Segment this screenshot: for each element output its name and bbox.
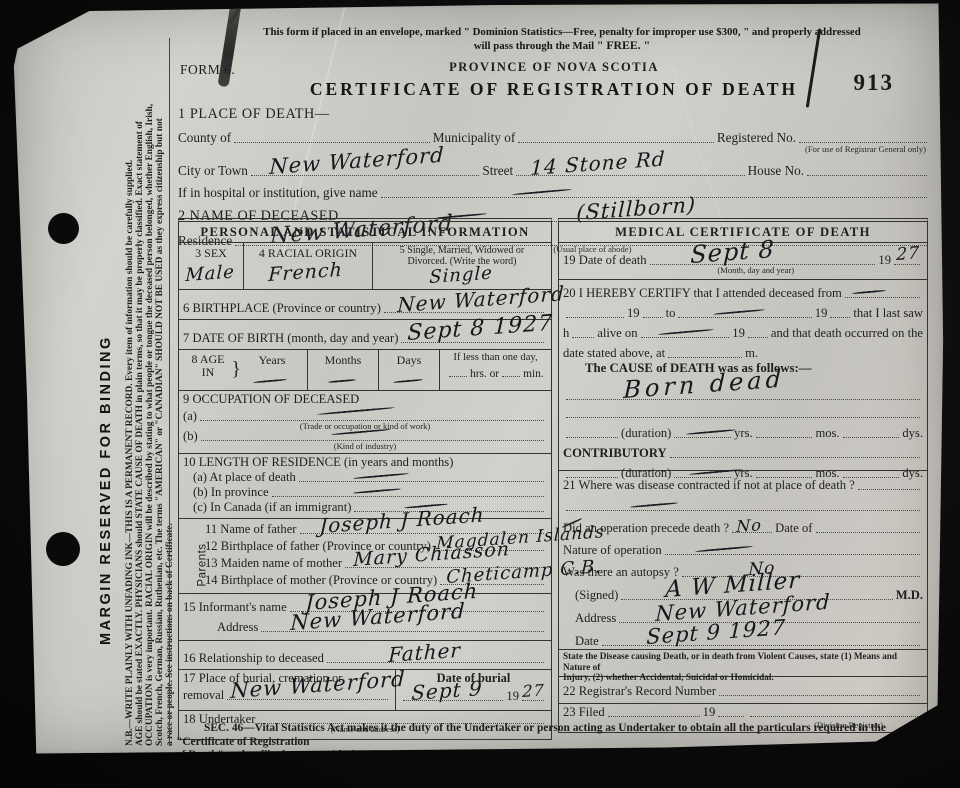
- margin-instruction-line: AGE should be stated EXACTLY. PHYSICIANS…: [135, 52, 145, 746]
- md-label: M.D.: [896, 588, 923, 603]
- operation-answer-line: No: [732, 522, 772, 533]
- hrs-label: hrs. or: [470, 368, 499, 380]
- operation-date-label: Date of: [775, 521, 812, 536]
- registration-number-stamp: 913: [854, 70, 895, 96]
- punch-hole: [46, 532, 80, 566]
- certificate-title: CERTIFICATE OF REGISTRATION OF DEATH: [172, 79, 936, 100]
- occupation-a-label: (a): [183, 409, 197, 424]
- handwritten-dash-mark: [331, 428, 391, 435]
- margin-instructions: N.B.—WRITE PLAINLY WITH UNFADING INK—THI…: [125, 52, 175, 746]
- length-of-residence-row: 10 LENGTH OF RESIDENCE (in years and mon…: [179, 454, 551, 519]
- handwritten-dash-mark: [713, 309, 765, 316]
- burial-year-print: 19: [506, 689, 519, 704]
- age-years-cell: Years: [237, 350, 308, 390]
- question-21-line2: [566, 500, 920, 511]
- binding-margin-label: MARGIN RESERVED FOR BINDING: [98, 335, 114, 645]
- last-saw-label: that I last saw: [853, 306, 923, 321]
- date-of-death-row: 19 Date of death Sept 8 (Month, day and …: [559, 243, 927, 280]
- autopsy-label: Was there an autopsy ?: [563, 565, 679, 580]
- mail-notice-line1: This form if placed in an envelope, mark…: [263, 26, 860, 38]
- street-label: Street: [482, 163, 513, 179]
- death-year-print: 19: [878, 253, 891, 268]
- certify-line2-a: [566, 307, 624, 318]
- margin-instruction-line: OCCUPATION is very important. RACIAL ORI…: [145, 52, 155, 746]
- duration-mos-line: [756, 427, 813, 438]
- certify-to-line: [678, 307, 811, 318]
- residence-b-label: (b) In province: [193, 485, 269, 500]
- mos-label: mos.: [815, 426, 839, 441]
- registered-no-line: [799, 132, 927, 143]
- age-label: 8 AGE IN: [179, 350, 237, 379]
- handwritten-relationship: Father: [388, 640, 461, 665]
- municipality-line: [518, 132, 714, 143]
- handwritten-dash-mark: [512, 188, 572, 195]
- handwritten-marital: Single: [429, 264, 493, 287]
- county-line: [234, 132, 430, 143]
- burial-date-line: Sept 9: [403, 690, 503, 701]
- burial-place-cell: 17 Place of burial, cremation or removal…: [179, 670, 396, 710]
- physician-date-line: Sept 9 1927: [602, 635, 920, 646]
- age-days-cell: Days: [379, 350, 440, 390]
- alive-on-label: alive on: [597, 326, 637, 341]
- duration-label: (duration): [621, 426, 671, 441]
- handwritten-dash-mark: [852, 290, 886, 295]
- age-less-label: If less than one day,: [440, 350, 551, 364]
- age-months-label: Months: [308, 350, 378, 368]
- contributory-label: CONTRIBUTORY: [563, 446, 667, 461]
- mail-notice-line2: will pass through the Mail: [474, 40, 594, 52]
- h-line: [572, 327, 594, 338]
- nature-of-operation-label: Nature of operation: [563, 543, 662, 558]
- certificate-columns: PERSONAL AND STATISTICAL INFORMATION 3 S…: [178, 218, 932, 740]
- county-row: County of Municipality of Registered No.: [178, 124, 930, 146]
- burial-row: 17 Place of burial, cremation or removal…: [179, 670, 551, 711]
- operation-date-line: [816, 522, 920, 533]
- date-of-birth-label: 7 DATE OF BIRTH (month, day and year): [183, 331, 398, 346]
- handwritten-dash-mark: [658, 329, 714, 336]
- physician-date-label: Date: [575, 634, 599, 649]
- alive-on-line: [641, 327, 730, 338]
- handwritten-date-of-death: Sept 8: [690, 237, 775, 267]
- mother-label: 13 Maiden name of mother: [205, 556, 342, 571]
- margin-instruction-line: Scotch, French, German, Russian, Rutheni…: [155, 52, 165, 746]
- year-19-print: 19: [732, 326, 745, 341]
- birthplace-line: New Waterford: [384, 302, 544, 313]
- over-note: (OVER): [814, 744, 856, 755]
- handwritten-dash-mark: [695, 545, 753, 552]
- residence-a-label: (a) At place of death: [193, 470, 296, 485]
- disease-operation-row: 21 Where was disease contracted if not a…: [559, 471, 927, 650]
- date-of-birth-row: 7 DATE OF BIRTH (month, day and year) Se…: [179, 320, 551, 350]
- informant-label: 15 Informant's name: [183, 600, 287, 615]
- age-hours-cell: If less than one day, hrs. or min.: [440, 350, 551, 390]
- relationship-label: 16 Relationship to deceased: [183, 651, 324, 666]
- sec46-line1: SEC. 46—Vital Statistics Act makes it th…: [176, 722, 932, 749]
- age-days-label: Days: [379, 350, 439, 368]
- occupation-a-line: [200, 410, 544, 421]
- min-line: [502, 366, 520, 377]
- filed-year-print: 19: [703, 705, 716, 720]
- personal-box-title: PERSONAL AND STATISTICAL INFORMATION: [179, 222, 551, 243]
- handwritten-sex: Male: [185, 263, 235, 285]
- place-of-death-heading: 1 PLACE OF DEATH—: [178, 106, 930, 123]
- filed-year-line: [718, 706, 744, 717]
- city-row: City or Town New Waterford Street 14 Sto…: [178, 155, 930, 179]
- disease-note-row: State the Disease causing Death, or in d…: [559, 650, 927, 677]
- mail-notice-free: " FREE. ": [597, 38, 650, 52]
- question-21-label: 21 Where was disease contracted if not a…: [563, 478, 855, 493]
- racial-origin-cell: 4 RACIAL ORIGIN French: [244, 243, 373, 289]
- hospital-row: If in hospital or institution, give name: [178, 179, 930, 201]
- filed-date-line: [608, 706, 700, 717]
- relationship-line: Father: [327, 652, 544, 663]
- age-row: 8 AGE IN } Years Months: [179, 350, 551, 391]
- year-19-print: 19: [627, 306, 640, 321]
- street-line: 14 Stone Rd: [516, 165, 744, 176]
- handwritten-dash-mark: [353, 488, 401, 494]
- house-no-label: House No.: [748, 163, 804, 179]
- m-suffix-label: m.: [745, 346, 758, 361]
- county-label: County of: [178, 130, 231, 146]
- length-of-residence-label: 10 LENGTH OF RESIDENCE (in years and mon…: [183, 455, 547, 470]
- certify-line2-b: [643, 307, 663, 318]
- disease-note-line1: State the Disease causing Death, or in d…: [563, 651, 923, 672]
- duration-yrs-line: [674, 427, 731, 438]
- handwritten-dash-mark: [630, 502, 678, 508]
- punch-hole: [48, 213, 79, 244]
- margin-instruction-line: N.B.—WRITE PLAINLY WITH UNFADING INK—THI…: [125, 52, 135, 746]
- handwritten-dash-mark: [253, 379, 287, 384]
- racial-origin-label: 4 RACIAL ORIGIN: [244, 243, 372, 261]
- death-year-line: 27: [894, 254, 920, 265]
- house-no-line: [807, 165, 927, 176]
- residence-a-line: [299, 471, 544, 482]
- burial-date-cell: Date of burial Sept 9 19 27: [396, 670, 551, 710]
- burial-year-line: 27: [522, 690, 544, 701]
- nature-of-operation-line: [665, 544, 920, 555]
- sex-label: 3 SEX: [179, 243, 243, 261]
- operation-label: Did an operation precede death ?: [563, 521, 729, 536]
- parents-row: Parents 11 Name of father Joseph J Roach…: [179, 519, 551, 594]
- handwritten-operation-answer: No: [736, 517, 762, 535]
- alive-year-line: [748, 327, 768, 338]
- registrar-record-row: 22 Registrar's Record Number: [559, 677, 927, 704]
- handwritten-dash-mark: [317, 407, 395, 416]
- burial-label-line2: removal: [183, 688, 224, 703]
- handwritten-dash-mark: [328, 379, 356, 383]
- handwritten-death-year: 27: [896, 245, 920, 264]
- handwritten-dash-mark: [353, 473, 409, 480]
- question-21-line: [858, 479, 920, 490]
- h-prefix-label: h: [563, 326, 569, 341]
- occupation-b-line: [201, 430, 544, 441]
- residence-b-line: [272, 486, 544, 497]
- age-cell: 8 AGE IN }: [179, 350, 237, 390]
- cause-line-2: [566, 407, 920, 418]
- certificate-paper: MARGIN RESERVED FOR BINDING N.B.—WRITE P…: [12, 2, 945, 755]
- informant-address-label: Address: [217, 620, 258, 635]
- date-of-death-line: Sept 8 (Month, day and year): [650, 254, 876, 265]
- filed-label: 23 Filed: [563, 705, 605, 720]
- occupation-label: 9 OCCUPATION OF DECEASED: [183, 392, 547, 407]
- medical-certificate-box: MEDICAL CERTIFICATE OF DEATH 19 Date of …: [558, 218, 928, 733]
- duration-dys-line: [843, 427, 900, 438]
- certify-from-line: [845, 287, 920, 298]
- handwritten-racial-origin: French: [268, 261, 343, 285]
- registrar-record-label: 22 Registrar's Record Number: [563, 684, 716, 699]
- certify-label: 20 I HEREBY CERTIFY that I attended dece…: [563, 286, 842, 301]
- division-registrar-line: [750, 706, 920, 717]
- informant-address-line: New Waterford: [261, 621, 544, 632]
- date-of-death-label: 19 Date of death: [563, 253, 647, 268]
- margin-divider-line: [169, 38, 170, 746]
- to-label: to: [666, 306, 676, 321]
- personal-statistical-box: PERSONAL AND STATISTICAL INFORMATION 3 S…: [178, 218, 552, 740]
- occupation-b-label: (b): [183, 429, 198, 444]
- signed-label: (Signed): [575, 588, 618, 603]
- birthplace-label: 6 BIRTHPLACE (Province or country): [183, 301, 381, 316]
- contributory-line: [670, 447, 920, 458]
- date-of-birth-line: Sept 8 1927: [401, 332, 544, 343]
- mail-notice: This form if placed in an envelope, mark…: [242, 26, 882, 53]
- yrs-label: yrs.: [734, 426, 753, 441]
- year-19-print: 19: [815, 306, 828, 321]
- certify-row: 20 I HEREBY CERTIFY that I attended dece…: [559, 280, 927, 471]
- handwritten-dash-mark: [393, 379, 423, 384]
- certificate-form: This form if placed in an envelope, mark…: [172, 12, 936, 752]
- scanned-document-background: MARGIN RESERVED FOR BINDING N.B.—WRITE P…: [0, 0, 960, 788]
- registrar-record-line: [719, 685, 920, 696]
- sec46-line2: of Death" and to file the same with the …: [176, 749, 932, 763]
- relationship-row: 16 Relationship to deceased Father: [179, 641, 551, 670]
- duration-lead: [566, 427, 618, 438]
- certify-line2-c: [830, 307, 850, 318]
- marital-cell: 5 Single, Married, Widowed or Divorced. …: [373, 243, 551, 289]
- dys-label: dys.: [902, 426, 923, 441]
- handwritten-burial-year: 27: [522, 682, 545, 700]
- date-stated-label: date stated above, at: [563, 346, 665, 361]
- registered-no-label: Registered No.: [717, 130, 796, 146]
- informant-row: 15 Informant's name Joseph J Roach Addre…: [179, 594, 551, 641]
- sex-racial-marital-row: 3 SEX Male 4 RACIAL ORIGIN French 5 Sing…: [179, 243, 551, 290]
- hospital-label: If in hospital or institution, give name: [178, 185, 378, 201]
- date-of-death-note: (Month, day and year): [717, 265, 794, 275]
- cause-line-1: Born dead: [566, 389, 920, 400]
- sec46-note: SEC. 46—Vital Statistics Act makes it th…: [176, 722, 932, 763]
- handwritten-dash-mark: [686, 429, 736, 435]
- city-line: New Waterford: [251, 165, 479, 176]
- occupation-row: 9 OCCUPATION OF DECEASED (a) (Trade or o…: [179, 391, 551, 454]
- age-months-cell: Months: [308, 350, 379, 390]
- physician-address-label: Address: [575, 611, 616, 626]
- min-label: min.: [523, 368, 544, 380]
- father-label: 11 Name of father: [205, 522, 297, 537]
- burial-place-line: New Waterford: [227, 689, 388, 700]
- at-line: [668, 347, 742, 358]
- hrs-line: [449, 366, 467, 377]
- age-years-label: Years: [237, 350, 307, 368]
- city-label: City or Town: [178, 163, 248, 179]
- occurred-label: and that death occurred on the: [771, 326, 923, 341]
- handwritten-burial-date: Sept 9: [411, 678, 483, 703]
- sex-cell: 3 SEX Male: [179, 243, 244, 289]
- province-heading: PROVINCE OF NOVA SCOTIA: [172, 60, 936, 75]
